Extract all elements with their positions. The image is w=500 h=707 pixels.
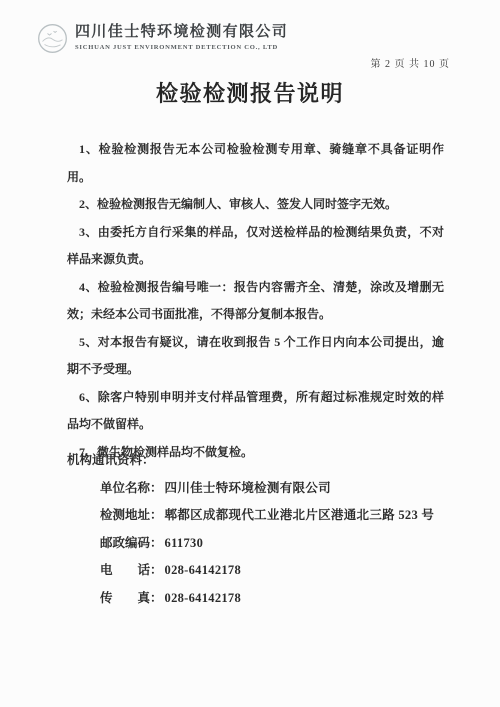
contact-row-phone: 电 话：028-64142178 [67, 557, 457, 585]
contact-value-phone: 028-64142178 [165, 557, 242, 585]
letterhead: 四川佳士特环境检测有限公司 SICHUAN JUST ENVIRONMENT D… [37, 23, 288, 54]
contact-label-address: 检测地址： [100, 502, 163, 530]
contact-row-postcode: 邮政编码：611730 [67, 530, 457, 558]
company-name-cn: 四川佳士特环境检测有限公司 [75, 23, 288, 41]
note-item-5: 5、对本报告有疑议，请在收到报告 5 个工作日内向本公司提出，逾期不予受理。 [67, 329, 444, 384]
contact-value-postcode: 611730 [165, 530, 204, 558]
contact-value-address: 郫都区成都现代工业港北片区港通北三路 523 号 [165, 502, 435, 530]
note-item-1: 1、检验检测报告无本公司检验检测专用章、骑缝章不具备证明作用。 [67, 136, 444, 191]
note-item-4: 4、检验检测报告编号唯一：报告内容需齐全、清楚，涂改及增删无效；未经本公司书面批… [67, 274, 444, 329]
contact-heading: 机构通讯资料： [67, 447, 457, 475]
note-item-3: 3、由委托方自行采集的样品，仅对送检样品的检测结果负责，不对样品来源负责。 [67, 219, 444, 274]
contact-label-phone: 电 话： [100, 557, 163, 585]
report-page: 四川佳士特环境检测有限公司 SICHUAN JUST ENVIRONMENT D… [0, 0, 500, 707]
contact-row-company: 单位名称：四川佳士特环境检测有限公司 [67, 475, 457, 503]
contact-label-postcode: 邮政编码： [100, 530, 163, 558]
note-item-6: 6、除客户特别申明并支付样品管理费，所有超过标准规定时效的样品均不做留样。 [67, 384, 444, 439]
contact-row-address: 检测地址：郫都区成都现代工业港北片区港通北三路 523 号 [67, 502, 457, 530]
contact-info-section: 机构通讯资料： 单位名称：四川佳士特环境检测有限公司 检测地址：郫都区成都现代工… [67, 447, 457, 612]
contact-label-fax: 传 真： [100, 585, 163, 613]
company-seal-logo-icon [37, 23, 68, 54]
report-notes-list: 1、检验检测报告无本公司检验检测专用章、骑缝章不具备证明作用。 2、检验检测报告… [67, 136, 444, 466]
contact-value-fax: 028-64142178 [165, 585, 242, 613]
company-name-block: 四川佳士特环境检测有限公司 SICHUAN JUST ENVIRONMENT D… [75, 23, 288, 51]
contact-row-fax: 传 真：028-64142178 [67, 585, 457, 613]
page-indicator: 第 2 页 共 10 页 [371, 55, 451, 70]
contact-label-company: 单位名称： [100, 475, 163, 503]
company-name-en: SICHUAN JUST ENVIRONMENT DETECTION CO., … [75, 44, 288, 51]
contact-value-company: 四川佳士特环境检测有限公司 [165, 475, 331, 503]
note-item-2: 2、检验检测报告无编制人、审核人、签发人同时签字无效。 [67, 191, 444, 219]
page-title: 检验检测报告说明 [0, 77, 500, 108]
